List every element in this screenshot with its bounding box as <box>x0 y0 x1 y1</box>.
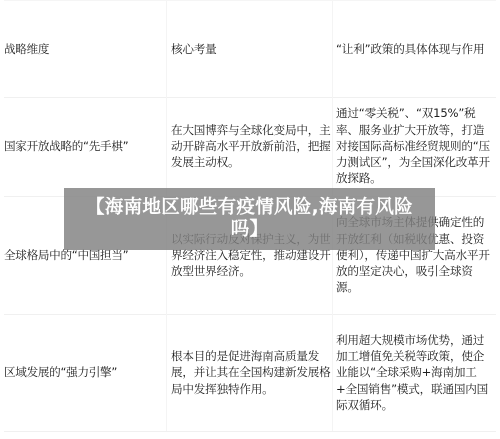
cell-policy: 通过“零关税”、“双15%”税率、服务业扩大开放等，打造对接国际高标准经贸规则的… <box>332 96 496 196</box>
dimension-text: 区域发展的“强力引擎” <box>4 364 117 380</box>
header-dimension: 战略维度 <box>4 1 166 97</box>
cell-core: 根本目的是促进海南高质量发展，并让其在全国构建新发展格局中发挥独特作用。 <box>166 314 332 431</box>
policy-text: 通过“零关税”、“双15%”税率、服务业扩大开放等，打造对接国际高标准经贸规则的… <box>336 105 494 186</box>
dimension-text: 国家开放战略的“先手棋” <box>4 138 128 154</box>
title-overlay-banner: 【海南地区哪些有疫情风险,海南有风险吗】 <box>64 188 435 250</box>
header-policy: “让利”政策的具体体现与作用 <box>332 1 496 97</box>
header-dimension-label: 战略维度 <box>4 41 49 57</box>
header-policy-label: “让利”政策的具体体现与作用 <box>336 41 484 57</box>
cell-dimension: 区域发展的“强力引擎” <box>4 314 166 431</box>
policy-text: 利用超大规模市场优势，通过加工增值免关税等政策，使企业能以“全球采购+海南加工+… <box>336 332 494 413</box>
table-header-row: 战略维度 核心考量 “让利”政策的具体体现与作用 <box>4 0 496 98</box>
cell-core: 在大国博弈与全球化变局中，主动开辟高水平开放新前沿，把握发展主动权。 <box>166 96 332 196</box>
core-text: 在大国博弈与全球化变局中，主动开辟高水平开放新前沿，把握发展主动权。 <box>171 122 332 171</box>
cell-policy: 利用超大规模市场优势，通过加工增值免关税等政策，使企业能以“全球采购+海南加工+… <box>332 314 496 431</box>
table-row: 国家开放战略的“先手棋” 在大国博弈与全球化变局中，主动开辟高水平开放新前沿，把… <box>4 96 496 197</box>
overlay-title: 【海南地区哪些有疫情风险,海南有风险吗】 <box>74 197 426 241</box>
header-core: 核心考量 <box>166 1 332 97</box>
core-text: 根本目的是促进海南高质量发展，并让其在全国构建新发展格局中发挥独特作用。 <box>171 348 332 397</box>
header-core-label: 核心考量 <box>171 41 217 57</box>
table-row: 区域发展的“强力引擎” 根本目的是促进海南高质量发展，并让其在全国构建新发展格局… <box>4 314 496 432</box>
cell-dimension: 国家开放战略的“先手棋” <box>4 96 166 196</box>
